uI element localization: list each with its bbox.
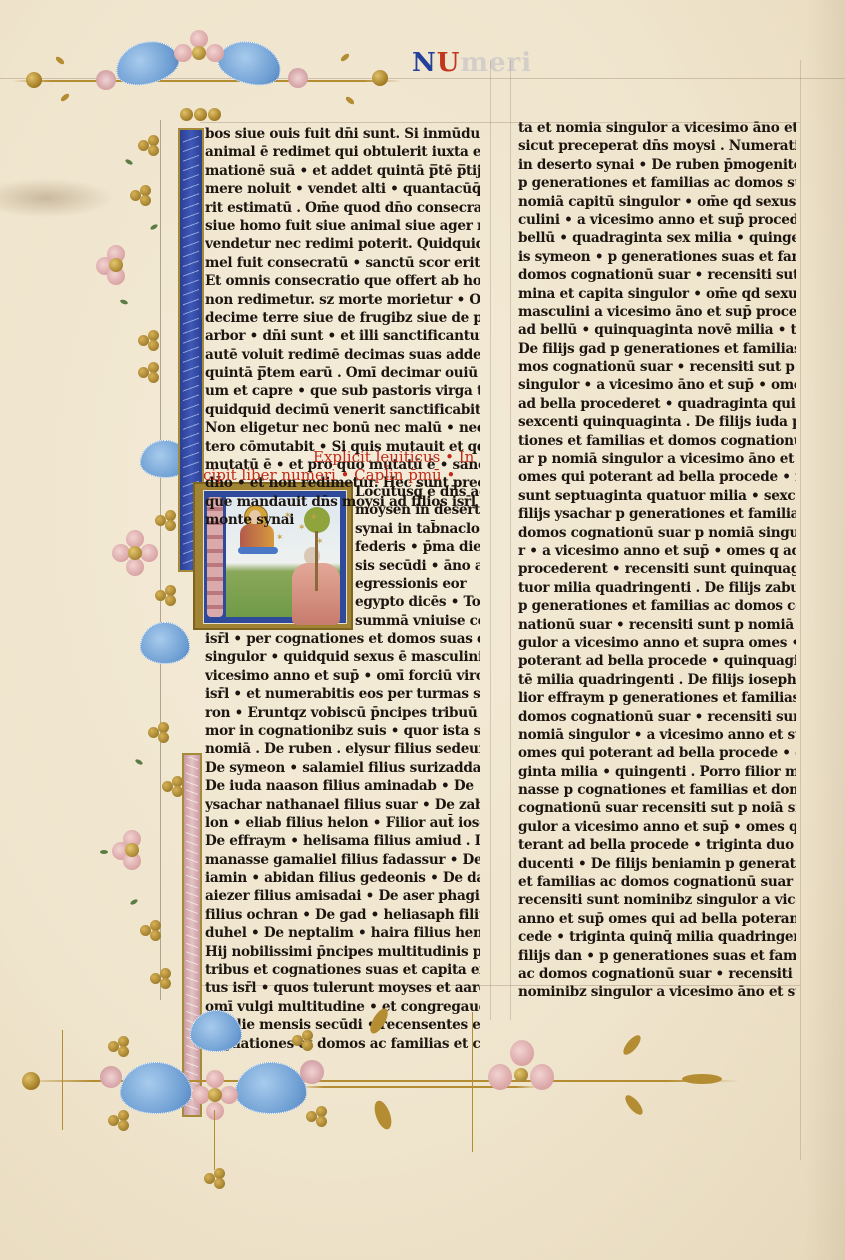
text-line: is symeon • p generationes suas et famil… xyxy=(518,248,796,266)
fern-stem xyxy=(62,1030,63,1130)
text-line: in deserto synai • De ruben p̄mogenito i… xyxy=(518,156,796,174)
gold-ball xyxy=(208,108,221,121)
gold-trefoil xyxy=(140,920,162,942)
left-column-lower-text: isr̄l • per cognationes et domos suas et… xyxy=(205,630,480,1053)
text-line: Non eligetur nec bonū nec malū • nec a… xyxy=(205,419,480,437)
text-line: duhel • De neptalim • haira filius henan xyxy=(205,924,480,942)
text-line: non redimetur. sz morte morietur • Omes xyxy=(205,291,480,309)
text-line: p generationes et familias ac domos suas… xyxy=(518,174,796,192)
text-line: arbor • dn̄i sunt • et illi sanctificant… xyxy=(205,327,480,345)
gold-boss xyxy=(26,72,42,88)
text-line: tus isr̄l • quos tulerunt moyses et aaro… xyxy=(205,979,480,997)
text-line: quidquid decimū venerit sanctificabitur… xyxy=(205,401,480,419)
text-line: De filijs gad p generationes et familias… xyxy=(518,340,796,358)
text-line: ac domos cognationū suar • recensiti su… xyxy=(518,965,796,983)
rubric-line: cipit liber numeri • Capl̄in p̄mū • xyxy=(203,466,483,484)
ruling-line xyxy=(490,60,491,1020)
right-column-text: ta et nomia singulor a vicesimo āno et … xyxy=(518,119,796,1002)
gold-pod xyxy=(620,1033,643,1058)
rose-flower xyxy=(112,530,158,576)
text-line: federis • p̄ma die mē xyxy=(355,538,480,556)
gold-trefoil xyxy=(130,185,152,207)
text-line: domos cognationū suar • recensiti sunt … xyxy=(518,708,796,726)
rose-flower xyxy=(192,1070,238,1130)
pink-volute xyxy=(300,1060,324,1084)
running-head: NUmeri xyxy=(412,48,532,78)
text-line: gulor a vicesimo anno et sup̄ • omes q p… xyxy=(518,818,796,836)
text-line: lon • eliab filius helon • Filior aut̄ i… xyxy=(205,814,480,832)
text-line: bellū • quadraginta sex milia • quingen… xyxy=(518,229,796,247)
text-line: cede • triginta quinq̄ milia quadringent… xyxy=(518,928,796,946)
text-line: gulor a vicesimo anno et supra omes • q xyxy=(518,634,796,652)
ruling-line xyxy=(510,60,511,1020)
text-line: iamin • abidan filius gedeonis • De dan … xyxy=(205,869,480,887)
gold-trefoil xyxy=(155,585,177,607)
text-line: ar p nomiā singulor a vicesimo āno et … xyxy=(518,450,796,468)
pink-volute xyxy=(100,1066,122,1088)
text-line: ta et nomia singulor a vicesimo āno et … xyxy=(518,119,796,137)
running-head-faded: meri xyxy=(460,48,532,78)
text-line: sicut preceperat dn̄s moysi . Numeratiq̄… xyxy=(518,137,796,155)
text-line: De symeon • salamiel filius surizaddai . xyxy=(205,759,480,777)
vine-stem xyxy=(160,120,161,1000)
rose-flower xyxy=(96,245,136,285)
text-line: ysachar nathanael filius suar • De zabu xyxy=(205,796,480,814)
text-line: egressionis eor xyxy=(355,575,480,593)
running-head-letter-n: N xyxy=(412,48,437,78)
gold-trefoil xyxy=(306,1106,328,1128)
rose-flower xyxy=(112,830,152,870)
large-rose-flower xyxy=(488,1040,558,1110)
text-line: aiezer filius amisadai • De aser phagiel xyxy=(205,887,480,905)
text-line: mo die mensis secūdi • recensentes eos … xyxy=(205,1016,480,1034)
gold-boss xyxy=(22,1072,40,1090)
text-line: bos siue ouis fuit dn̄i sunt. Si inmūdu… xyxy=(205,125,480,143)
text-line: nomiā . De ruben . elysur filius sedeur… xyxy=(205,740,480,758)
text-line: ginta milia • quingenti . Porro filior m… xyxy=(518,763,796,781)
gold-trefoil xyxy=(108,1110,130,1132)
running-head-letter-u: U xyxy=(437,48,461,78)
manuscript-page: NUmeri xyxy=(0,0,845,1260)
moses-figure xyxy=(286,547,342,625)
parchment-stain xyxy=(0,178,115,218)
acanthus-leaf-right xyxy=(214,34,287,91)
text-line: ron • Eruntqz vobiscū p̄ncipes tribuū … xyxy=(205,704,480,722)
text-line: sexcenti quinquaginta . De filijs iuda p… xyxy=(518,413,796,431)
star-icon: ✶ xyxy=(276,533,284,543)
text-line: mere noluit • vendet alti • quantacūq̄ … xyxy=(205,180,480,198)
text-line: domos cognationū suar p nomiā singulo xyxy=(518,524,796,542)
text-line: moysen in deserto xyxy=(355,501,480,519)
text-line: siue homo fuit siue animal siue ager nō xyxy=(205,217,480,235)
gold-leaf xyxy=(345,95,356,105)
text-line: decime terre siue de frugibz siue de pom… xyxy=(205,309,480,327)
green-leaf xyxy=(135,758,144,765)
gold-trefoil xyxy=(148,722,170,744)
ruling-line xyxy=(800,60,801,1160)
text-line: masculini a vicesimo āno et sup̄ proced… xyxy=(518,303,796,321)
gold-trefoil xyxy=(150,968,172,990)
text-line: domos cognationū suar • recensiti sut p… xyxy=(518,266,796,284)
rubric-explicit-incipit: Explicit leuiticus • In cipit liber nume… xyxy=(313,448,483,484)
text-line: mor in cognationibz suis • quor ista sut xyxy=(205,722,480,740)
text-line: et familias ac domos cognationū suar xyxy=(518,873,796,891)
text-line: autē voluit redimē decimas suas addet xyxy=(205,346,480,364)
text-line: um et capre • que sub pastoris virga tra… xyxy=(205,382,480,400)
gold-stem xyxy=(214,1110,215,1170)
text-line: mationē suā • et addet quintā p̅tē p… xyxy=(205,162,480,180)
gold-leaf xyxy=(340,52,351,62)
text-line: sunt septuaginta quatuor milia • sexcent… xyxy=(518,487,796,505)
text-line: recensiti sunt nominibz singulor a vices… xyxy=(518,891,796,909)
acanthus-leaf-top xyxy=(190,1010,242,1052)
initial-shaft-pink xyxy=(182,753,202,1117)
green-leaf xyxy=(100,850,108,854)
rubric-line: Explicit leuiticus • In xyxy=(313,448,483,466)
text-line: tribus et cognationes suas et capita exe… xyxy=(205,961,480,979)
text-line: omī vulgi multitudine • et congregauert… xyxy=(205,998,480,1016)
text-line: procederent • recensiti sunt quinquagint… xyxy=(518,560,796,578)
gold-pod xyxy=(622,1093,645,1118)
gold-trefoil xyxy=(292,1030,314,1052)
text-line: animal ē redimet qui obtulerit iuxta es… xyxy=(205,143,480,161)
text-line: poterant ad bella procede • quinquaginta… xyxy=(518,652,796,670)
text-line: filijs dan • p generationes suas et fami… xyxy=(518,947,796,965)
cloud xyxy=(238,547,278,554)
green-leaf xyxy=(150,223,159,230)
text-line: nomiā capitū singulor • om̄e qd sexus … xyxy=(518,193,796,211)
text-line: nationū suar • recensiti sunt p nomiā … xyxy=(518,616,796,634)
text-line: quintā p̅tem earū . Omī decimar ouiū… xyxy=(205,364,480,382)
text-line: isr̄l • et numerabitis eos per turmas su… xyxy=(205,685,480,703)
text-line: mos cognationū suar • recensiti sut p n… xyxy=(518,358,796,376)
text-line: singulor • quidquid sexus ē masculini •… xyxy=(205,648,480,666)
gold-leaf xyxy=(60,92,71,102)
text-line: Locutusq̄ ē dn̄s ad xyxy=(355,483,480,501)
text-line: De iuda naason filius aminadab • De xyxy=(205,777,480,795)
star-icon: ✶ xyxy=(316,537,324,547)
text-line: culini • a vicesimo anno et sup̄ procede… xyxy=(518,211,796,229)
gold-boss xyxy=(372,70,388,86)
text-line: lior effraym p generationes et familias … xyxy=(518,689,796,707)
text-line: Hij nobilissimi p̄ncipes multitudinis p xyxy=(205,943,480,961)
gutter-shadow xyxy=(805,0,845,1260)
gold-pod-terminal xyxy=(682,1074,722,1084)
gold-leaf xyxy=(55,55,66,65)
text-line: synai in tab̄naclo xyxy=(355,520,480,538)
text-line: sis secūdi • āno alto xyxy=(355,557,480,575)
text-line: tē milia quadringenti . De filijs iosep… xyxy=(518,671,796,689)
text-line: nomiā singulor • a vicesimo anno et sup… xyxy=(518,726,796,744)
text-line: ad bellū • quinquaginta novē milia • t… xyxy=(518,321,796,339)
text-line: mina et capita singulor • om̄e qd sexus … xyxy=(518,285,796,303)
pink-volute xyxy=(288,68,308,88)
acanthus-leaf-right xyxy=(235,1062,307,1114)
text-line: summā vniuise co xyxy=(355,612,480,630)
gold-trefoil xyxy=(155,510,177,532)
text-line: tuor milia quadringenti . De filijs zabu… xyxy=(518,579,796,597)
gold-trefoil xyxy=(204,1168,226,1190)
green-leaf xyxy=(125,158,134,165)
text-line: Et omnis consecratio que offert ab homī… xyxy=(205,272,480,290)
text-line: nasse p cognationes et familias et domos xyxy=(518,781,796,799)
text-line: filius ochran • De gad • heliasaph filiu… xyxy=(205,906,480,924)
text-line: nominibz singulor a vicesimo āno et sup xyxy=(518,983,796,1001)
text-line: ad bella procederet • quadraginta quinq̄… xyxy=(518,395,796,413)
rose-flower xyxy=(174,30,224,80)
green-leaf xyxy=(130,898,139,905)
text-line: mel fuit consecratū • sanctū scor erit… xyxy=(205,254,480,272)
text-line: singulor • a vicesimo āno et sup̄ • ome… xyxy=(518,376,796,394)
gold-trefoil xyxy=(138,135,160,157)
text-line: tiones et familias et domos cognationū … xyxy=(518,432,796,450)
text-line: terant ad bella procede • triginta duo m… xyxy=(518,836,796,854)
text-line: vicesimo anno et sup̄ • omī forciū vir… xyxy=(205,667,480,685)
gold-trefoil xyxy=(138,330,160,352)
gold-trefoil xyxy=(138,362,160,384)
text-line: filijs ysachar p generationes et familia… xyxy=(518,505,796,523)
gold-stem xyxy=(12,80,402,82)
gold-trefoil xyxy=(108,1036,130,1058)
text-line: manasse gamaliel filius fadassur • De be… xyxy=(205,851,480,869)
text-line: vendetur nec redimi poterit. Quidquid se xyxy=(205,235,480,253)
text-line: r • a vicesimo anno et sup̄ • omes q ad … xyxy=(518,542,796,560)
pink-volute xyxy=(96,70,116,90)
green-leaf xyxy=(120,299,129,305)
text-line: isr̄l • per cognationes et domos suas et… xyxy=(205,630,480,648)
text-line: omes qui poterant ad bella procede • rec… xyxy=(518,468,796,486)
text-line: ducenti • De filijs beniamin p generatio… xyxy=(518,855,796,873)
text-line: cognationes et domos ac familias et capi xyxy=(205,1035,480,1053)
text-line: anno et sup̄ omes qui ad bella poterant … xyxy=(518,910,796,928)
text-beside-miniature: Locutusq̄ ē dn̄s ad moysen in deserto s… xyxy=(355,483,480,630)
text-line: cognationū suar recensiti sut p noiā s… xyxy=(518,799,796,817)
text-line: omes qui poterant ad bella procede • qua… xyxy=(518,744,796,762)
text-line: p generationes et familias ac domos cog xyxy=(518,597,796,615)
text-line: De effraym • helisama filius amiud . De xyxy=(205,832,480,850)
text-line: egypto dicēs • Tollite xyxy=(355,593,480,611)
text-line: rit estimatū . Om̄e quod dn̄o consecrat… xyxy=(205,199,480,217)
gold-acanthus-sprig xyxy=(371,1099,394,1132)
acanthus-leaf-left xyxy=(111,34,184,91)
fern-stem xyxy=(472,1012,473,1152)
